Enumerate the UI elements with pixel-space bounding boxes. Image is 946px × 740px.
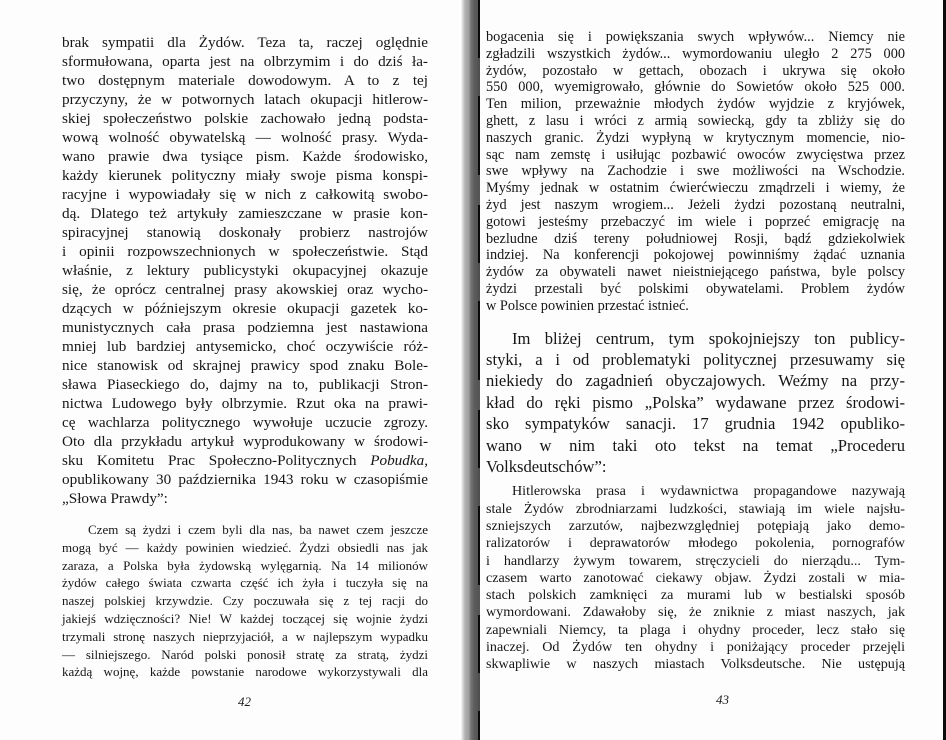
text-line: właśnie, z lektury publicystyki okupacyj…: [62, 261, 428, 280]
book-gutter-crease-line: [478, 0, 481, 740]
text-line: 550 000, wyemigrowało, głównie do Sowiet…: [486, 79, 905, 96]
text-line: Hitlerowska prasa i wydawnictwa propagan…: [486, 483, 905, 500]
text-line: żydów, pozostało w gettach, obozach i uk…: [486, 63, 905, 80]
text-line: Czem są żydzi i czem byli dla nas, ba na…: [62, 521, 428, 539]
text-line: nice stanowisk od skrajnej prawicy spod …: [62, 356, 428, 375]
text-line: dą. Dlatego też artykuły zamieszczane w …: [62, 204, 428, 223]
left-page: brak sympatii dla Żydów. Teza ta, raczej…: [62, 33, 428, 681]
text-line: żydów całego świata czwarta część ich ży…: [62, 574, 428, 592]
text-line: naszych granic. Żydzi wypłyną w krytyczn…: [486, 130, 905, 147]
text-line: przyczyny, że w potwornych latach okupac…: [62, 90, 428, 109]
text-line: się, że oprócz centralnej prasy akowskie…: [62, 280, 428, 299]
text-line: dzących w późniejszym okresie okupacji g…: [62, 299, 428, 318]
text-line: Volksdeutschów”:: [486, 456, 905, 477]
text-line: — silniejszego. Naród polski ponosił str…: [62, 646, 428, 664]
page-number-left: 42: [238, 694, 251, 710]
text-line: two dostępnym materiale dowodowym. A to …: [62, 71, 428, 90]
text-line: bezludne dziś tereny południowej Rosji, …: [486, 231, 905, 248]
text-line: inaczej. Od Żydów ten ohydny i poniżając…: [486, 639, 905, 656]
text-line: każdy kierunek polityczny miały swoje pi…: [62, 166, 428, 185]
text-line: zapewniali Niemcy, ta plaga i ohydny pro…: [486, 622, 905, 639]
book-scan-spread: brak sympatii dla Żydów. Teza ta, raczej…: [0, 0, 946, 740]
text-line: ralizatorów i deprawatorów młodego pokol…: [486, 535, 905, 552]
text-line: sku Komitetu Prac Społeczno-Politycznych…: [62, 451, 428, 470]
text-line: sława Piaseckiego do, dajmy na to, publi…: [62, 375, 428, 394]
text-line: trzymali stronę naszych nieprzyjaciół, a…: [62, 628, 428, 646]
left-page-main-text: brak sympatii dla Żydów. Teza ta, raczej…: [62, 33, 428, 508]
text-line: opublikowany 30 października 1943 roku w…: [62, 470, 428, 489]
text-line: „Słowa Prawdy”:: [62, 489, 428, 508]
text-line: szniejszych zarzutów, najbezwzględniej p…: [486, 518, 905, 535]
text-line: stale Żydów zbrodniarzami ludzkości, sta…: [486, 501, 905, 518]
right-page-block-quote-top: bogacenia się i powiększania swych wpływ…: [486, 29, 905, 315]
right-page-main-text: Im bliżej centrum, tym spokojniejszy ton…: [486, 328, 905, 478]
text-line: racyjne i wypowiadały się w nich z całko…: [62, 185, 428, 204]
text-line: Im bliżej centrum, tym spokojniejszy ton…: [486, 328, 905, 349]
text-line: żyd jest naszym wrogiem... Jeżeli żydzi …: [486, 197, 905, 214]
text-line: sformułowana, oparta jest na olbrzymim i…: [62, 52, 428, 71]
text-line: czasem warto zanotować ciekawy objaw. Ży…: [486, 570, 905, 587]
text-line: Oto dla przykładu artykuł wyprodukowany …: [62, 432, 428, 451]
left-page-block-quote: Czem są żydzi i czem byli dla nas, ba na…: [62, 521, 428, 681]
text-line: stach polskich zamknięci za murami lub w…: [486, 587, 905, 604]
text-line: i opinii rozpowszechnionych w społeczeńs…: [62, 242, 428, 261]
text-line: w Polsce powinien przestać istnieć.: [486, 298, 905, 315]
text-line: cę wachlarza politycznego wywołuje uczuc…: [62, 413, 428, 432]
text-line: wymordowani. Zdawałoby się, że zniknie z…: [486, 604, 905, 621]
right-page: bogacenia się i powiększania swych wpływ…: [486, 29, 905, 674]
text-line: żydów za obywateli nawet nieistniejącego…: [486, 264, 905, 281]
text-line: jakiejś wdzięczności? Nie! W każdej tocz…: [62, 610, 428, 628]
text-line: wano w nim taki oto tekst na temat „Proc…: [486, 435, 905, 456]
text-line: nictwa Ludowego były olbrzymie. Rzut oka…: [62, 394, 428, 413]
text-line: styki, a i od problematyki politycznej p…: [486, 349, 905, 370]
text-line: wano prawie dwa tysiące pism. Każde środ…: [62, 147, 428, 166]
text-line: Ten milion, przeważnie młodych żydów wyj…: [486, 96, 905, 113]
text-line: sko sympatyków sanacji. 17 grudnia 1942 …: [486, 413, 905, 434]
text-line: ghett, z lasu i wróci z armią sowiecką, …: [486, 113, 905, 130]
text-line: mniej lub bardziej antysemicko, choć ocz…: [62, 337, 428, 356]
text-line: kład do ręki pismo „Polska” wydawane prz…: [486, 392, 905, 413]
text-line: żydzi przestali być polskimi obywatelami…: [486, 281, 905, 298]
text-line: skwapliwie w naszych miastach Volksdeuts…: [486, 656, 905, 673]
text-line: spiracyjnej stanowią doskonały probierz …: [62, 223, 428, 242]
text-line: i handlarzy żywym towarem, stręczycieli …: [486, 553, 905, 570]
text-line: niekiedy do zagadnień obyczajowych. Weźm…: [486, 370, 905, 391]
text-line: każdą wojnę, każde powstanie narodowe wy…: [62, 663, 428, 681]
text-line: gotowi jesteśmy przebaczyć im wiele i po…: [486, 214, 905, 231]
text-line: mogą być — każdy powinien wiedzieć. Żydz…: [62, 539, 428, 557]
text-line: wową wolność obywatelską — wolność prasy…: [62, 128, 428, 147]
text-line: swe wpływy na Zachodzie i swe możliwości…: [486, 163, 905, 180]
text-line: bogacenia się i powiększania swych wpływ…: [486, 29, 905, 46]
page-number-right: 43: [716, 692, 729, 708]
right-page-block-quote-bottom: Hitlerowska prasa i wydawnictwa propagan…: [486, 483, 905, 673]
text-line: indziej. Na konferencji pokojowej powinn…: [486, 247, 905, 264]
text-line: munistycznych cała prasa podziemna jest …: [62, 318, 428, 337]
text-line: sąc nam zemstę i usiłując pozbawić owocó…: [486, 147, 905, 164]
text-line: brak sympatii dla Żydów. Teza ta, raczej…: [62, 33, 428, 52]
text-line: zaraza, a Polska była żydowską wylęgarni…: [62, 557, 428, 575]
text-line: Myśmy jednak w ostatnim ćwierćwieczu zmą…: [486, 180, 905, 197]
text-line: zgładzili wszystkich żydów... wymordowan…: [486, 46, 905, 63]
text-line: skiej społeczeństwo polskie zachowało je…: [62, 109, 428, 128]
text-line: naszej polskiej krzywdzie. Czy poczuwała…: [62, 592, 428, 610]
